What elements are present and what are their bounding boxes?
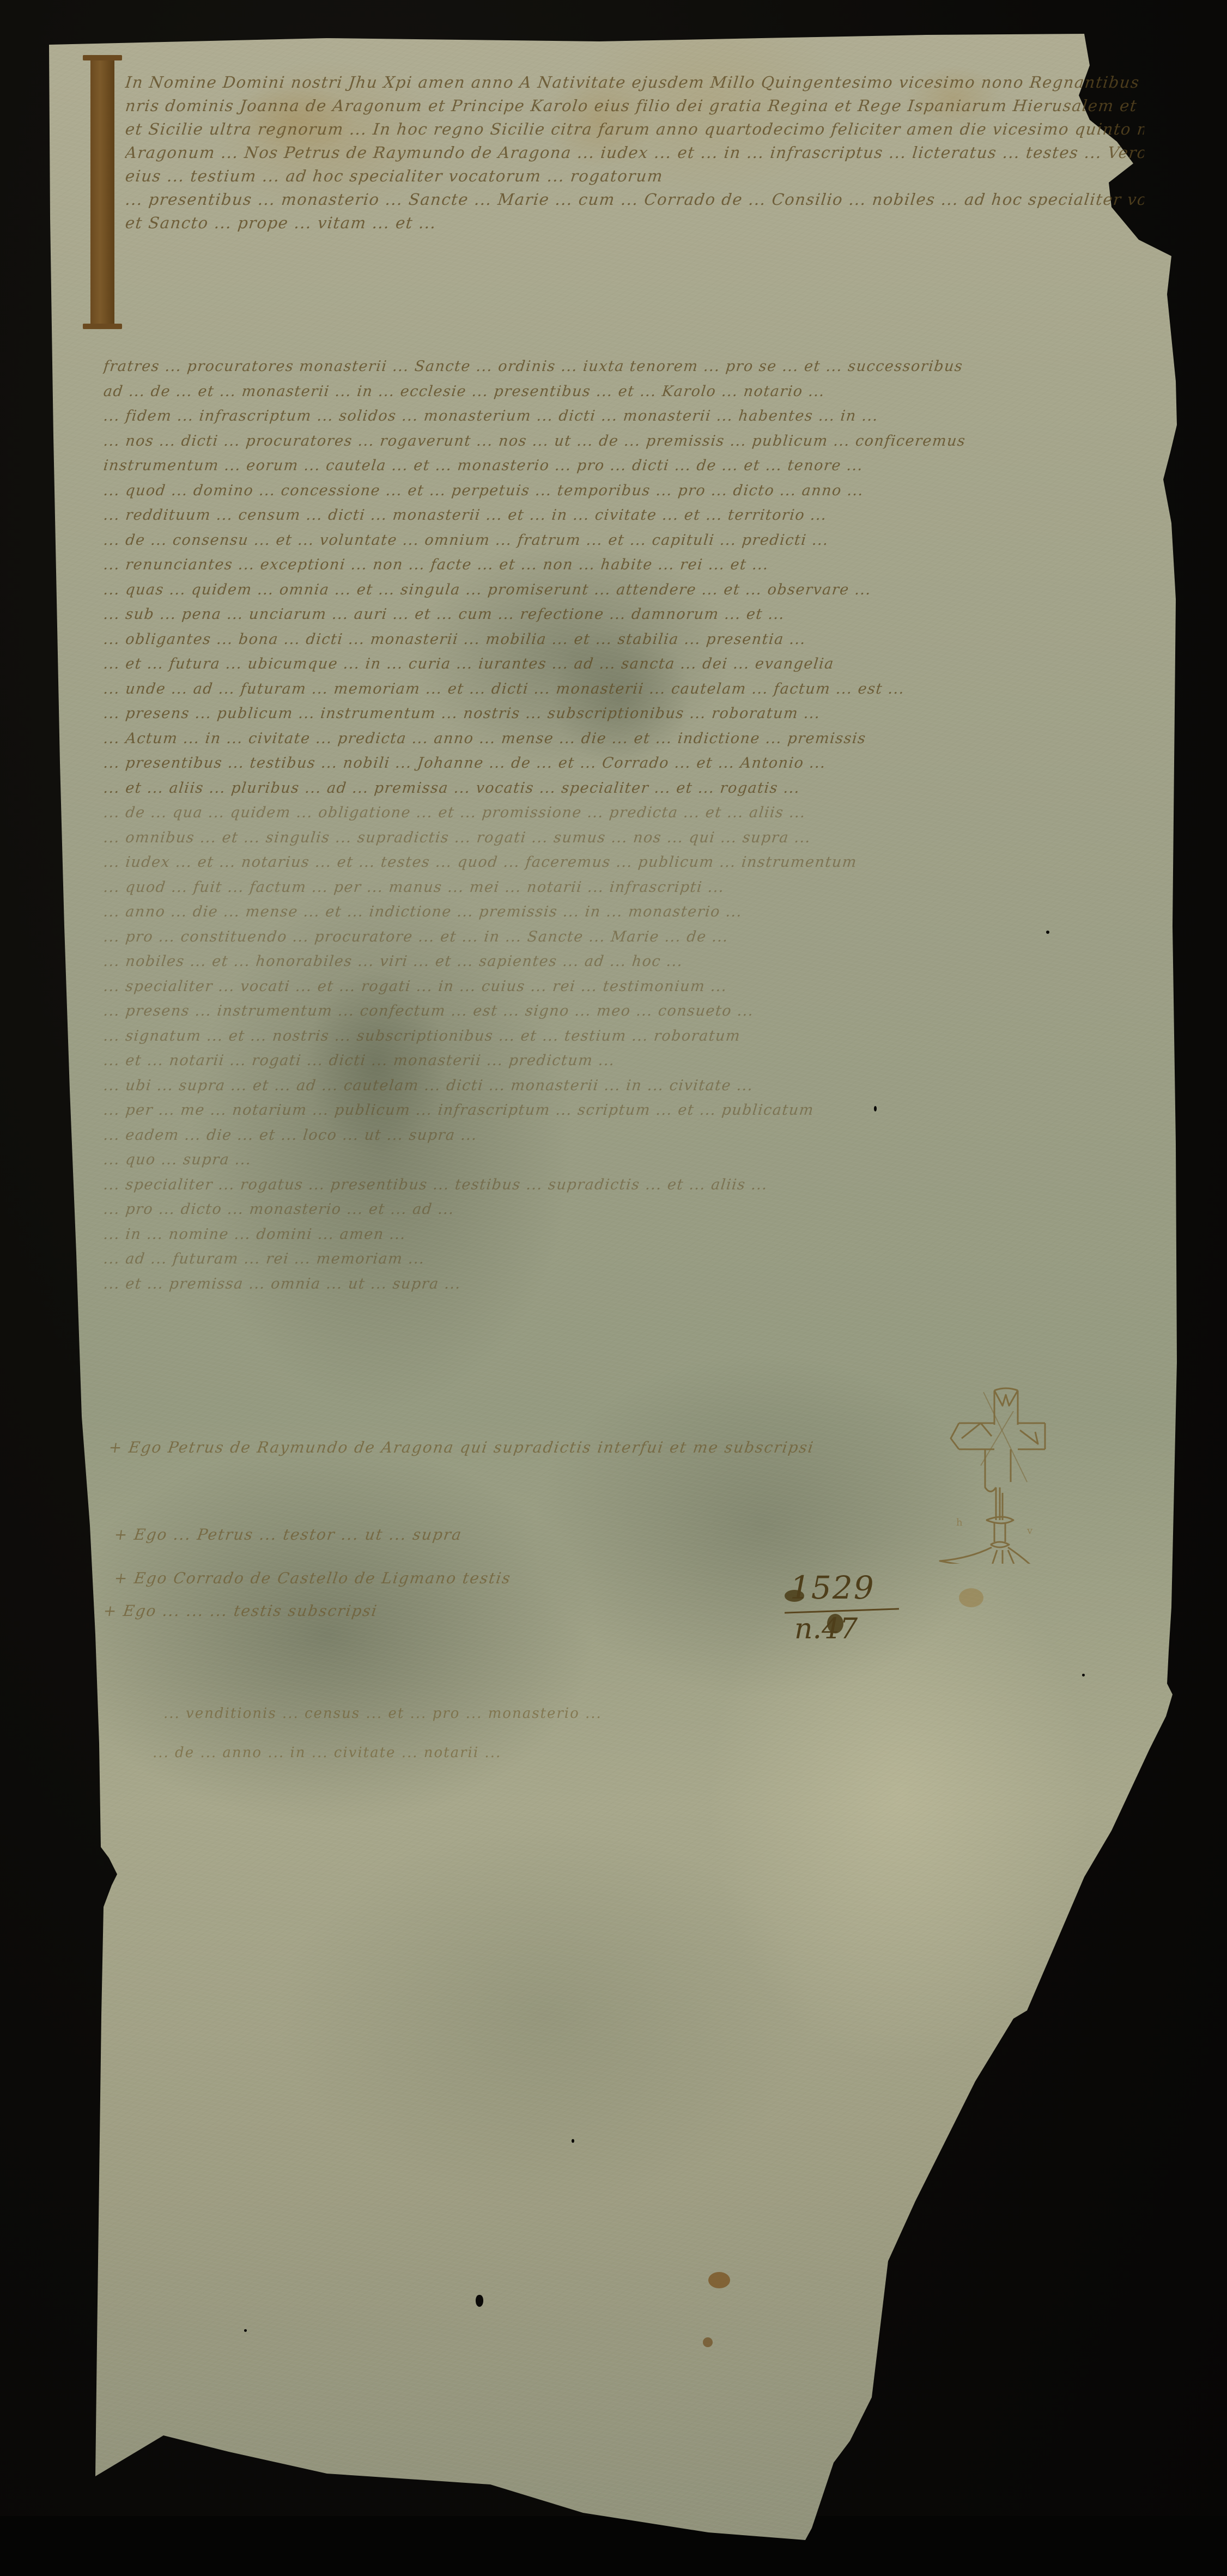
subscription-line: + Ego Corrado de Castello de Ligmano tes… [113,1569,513,1587]
parchment-hole [572,2139,574,2143]
text-line: et Sicilie ultra regnorum ... In hoc reg… [124,118,1146,141]
text-line: ... ubi ... supra ... et ... ad ... caut… [102,1073,1168,1098]
text-line: ... unde ... ad ... futuram ... memoriam… [102,677,1168,702]
signum-letter: h [956,1517,963,1528]
signum-letter: v [1026,1525,1033,1536]
text-line: ... et ... futura ... ubicumque ... in .… [102,652,1168,677]
text-line: ... presens ... instrumentum ... confect… [102,999,1168,1024]
text-line: ... et ... aliis ... pluribus ... ad ...… [102,776,1168,801]
text-line: ... per ... me ... notarium ... publicum… [102,1098,1168,1123]
text-line: In Nomine Domini nostri Jhu Xpi amen ann… [124,71,1146,94]
opening-protocol: In Nomine Domini nostri Jhu Xpi amen ann… [125,71,1144,235]
text-line: ... presens ... publicum ... instrumentu… [102,701,1168,726]
text-line: instrumentum ... eorum ... cautela ... e… [102,453,1168,478]
text-line: ... fidem ... infrascriptum ... solidos … [102,404,1168,429]
text-line: ... nos ... dicti ... procuratores ... r… [102,429,1168,454]
text-line: ... et ... premissa ... omnia ... ut ...… [102,1272,1168,1297]
faded-note-line: ... de ... anno ... in ... civitate ... … [153,1745,501,1761]
text-line: ... in ... nomine ... domini ... amen ..… [102,1222,1168,1247]
text-line: ... eadem ... die ... et ... loco ... ut… [102,1123,1168,1148]
text-line: ... reddituum ... censum ... dicti ... m… [102,503,1168,528]
text-line: ... sub ... pena ... unciarum ... auri .… [102,602,1168,627]
text-line: ... quas ... quidem ... omnia ... et ...… [102,578,1168,603]
text-line: nris dominis Joanna de Aragonum et Princ… [124,94,1146,118]
text-line: et Sancto ... prope ... vitam ... et ... [124,211,1146,235]
rust-spot [708,2272,730,2288]
subscription-line: + Ego ... Petrus ... testor ... ut ... s… [113,1526,464,1544]
parchment-hole [244,2329,247,2332]
text-line: ... obligantes ... bona ... dicti ... mo… [102,627,1168,652]
text-line: ad ... de ... et ... monasterii ... in .… [102,379,1168,404]
notarial-signum-icon: h v [926,1384,1101,1564]
text-line: ... signatum ... et ... nostris ... subs… [102,1024,1168,1049]
text-line: ... presentibus ... testibus ... nobili … [102,751,1168,776]
faded-note-line: ... venditionis ... census ... et ... pr… [163,1705,602,1722]
text-line: ... anno ... die ... mense ... et ... in… [102,900,1168,925]
archive-number: n.47 [794,1613,858,1645]
archive-number-value: 47 [822,1613,858,1645]
text-line: eius ... testium ... ad hoc specialiter … [124,165,1146,188]
text-line: ... de ... consensu ... et ... voluntate… [102,528,1168,553]
text-line: ... quo ... supra ... [102,1147,1168,1172]
text-line: ... et ... notarii ... rogati ... dicti … [102,1048,1168,1073]
archival-number-mark: 1529 n.47 [785,1569,894,1651]
illuminated-initial-I [90,57,114,327]
archive-year: 1529 [790,1569,875,1606]
text-line: ... nobiles ... et ... honorabiles ... v… [102,949,1168,974]
text-line: ... quod ... fuit ... factum ... per ...… [102,875,1168,900]
text-line: ... iudex ... et ... notarius ... et ...… [102,850,1168,875]
archive-number-label: n. [794,1613,822,1645]
text-line: ... renunciantes ... exceptioni ... non … [102,552,1168,578]
text-line: ... specialiter ... rogatus ... presenti… [102,1172,1168,1198]
text-line: fratres ... procuratores monasterii ... … [102,354,1168,379]
text-line: ... pro ... dicto ... monasterio ... et … [102,1197,1168,1222]
small-stain [959,1588,983,1607]
text-line: ... omnibus ... et ... singulis ... supr… [102,825,1168,850]
text-line: ... presentibus ... monasterio ... Sanct… [124,188,1146,211]
text-line: ... pro ... constituendo ... procuratore… [102,925,1168,950]
rust-spot [703,2337,713,2347]
subscription-line: + Ego ... ... ... testis subscripsi [102,1602,379,1620]
text-line: ... quod ... domino ... concessione ... … [102,478,1168,503]
text-line: ... specialiter ... vocati ... et ... ro… [102,974,1168,999]
text-line: ... de ... qua ... quidem ... obligation… [102,800,1168,825]
text-line: ... ad ... futuram ... rei ... memoriam … [102,1247,1168,1272]
text-line: Aragonum ... Nos Petrus de Raymundo de A… [124,141,1146,165]
text-line: ... Actum ... in ... civitate ... predic… [102,726,1168,751]
charter-body: fratres ... procuratores monasterii ... … [104,354,1166,1296]
subscription-line: + Ego Petrus de Raymundo de Aragona qui … [108,1438,816,1456]
parchment-hole [476,2295,483,2307]
scanner-bed-edge [0,2516,1227,2576]
parchment-hole [1082,1674,1085,1676]
